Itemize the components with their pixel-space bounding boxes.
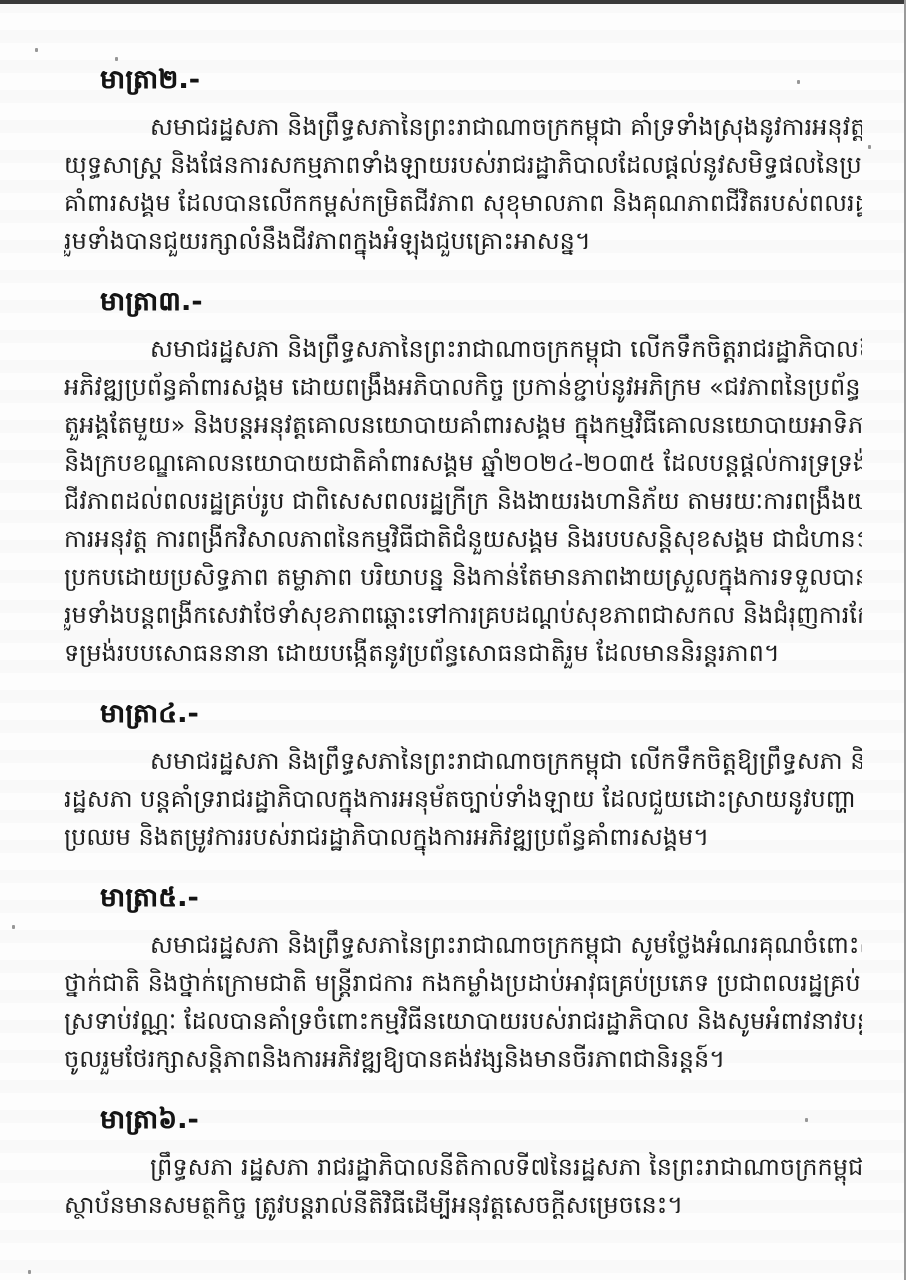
text-line: ទម្រង់របបសោធននានា ដោយបង្កើតនូវប្រព័ន្ធសោ…: [64, 634, 862, 672]
text-line: សមាជរដ្ឋសភា និងព្រឹទ្ធសភានៃព្រះរាជាណាចក្…: [64, 330, 862, 368]
text-line: សមាជរដ្ឋសភា និងព្រឹទ្ធសភានៃព្រះរាជាណាចក្…: [64, 108, 862, 146]
scan-speck: [868, 145, 871, 149]
article-section: មាត្រា៤.- សមាជរដ្ឋសភា និងព្រឹទ្ធសភានៃព្រ…: [64, 694, 862, 856]
text-line: សមាជរដ្ឋសភា និងព្រឹទ្ធសភានៃព្រះរាជាណាចក្…: [64, 926, 862, 964]
text-line: ស្ថាប័នមានសមត្ថកិច្ច ត្រូវបន្តរាល់នីតិវិ…: [64, 1186, 862, 1224]
article-heading: មាត្រា៦.-: [100, 1100, 862, 1140]
text-line: យុទ្ធសាស្ត្រ និងផែនការសកម្មភាពទាំងឡាយរបស…: [64, 146, 862, 184]
article-paragraph: សមាជរដ្ឋសភា និងព្រឹទ្ធសភានៃព្រះរាជាណាចក្…: [64, 926, 862, 1078]
scan-top-edge-line: [0, 0, 906, 4]
text-line: ចូលរួមថែរក្សាសន្តិភាពនិងការអភិវឌ្ឍឱ្យបាន…: [64, 1040, 862, 1078]
text-line: ជីវភាពដល់ពលរដ្ឋគ្រប់រូប ជាពិសេសពលរដ្ឋក្រ…: [64, 482, 862, 520]
text-line: រួមទាំងបន្តពង្រីកសេវាថែទាំសុខភាពឆ្ពោះទៅក…: [64, 596, 862, 634]
article-heading: មាត្រា៣.-: [100, 282, 862, 322]
article-paragraph: សមាជរដ្ឋសភា និងព្រឹទ្ធសភានៃព្រះរាជាណាចក្…: [64, 108, 862, 260]
text-line: គាំពារសង្គម ដែលបានលើកកម្ពស់កម្រិតជីវភាព …: [64, 184, 862, 222]
text-line: ថ្នាក់ជាតិ និងថ្នាក់ក្រោមជាតិ មន្ត្រីរាជ…: [64, 964, 862, 1002]
article-heading: មាត្រា៤.-: [100, 694, 862, 734]
scan-speck: [12, 925, 15, 929]
text-line: និងក្របខណ្ឌគោលនយោបាយជាតិគាំពារសង្គម ឆ្នា…: [64, 444, 862, 482]
text-line: អភិវឌ្ឍប្រព័ន្ធគាំពារសង្គម ដោយពង្រឹងអភិប…: [64, 368, 862, 406]
scanned-page: មាត្រា២.- សមាជរដ្ឋសភា និងព្រឹទ្ធសភានៃព្រ…: [0, 0, 906, 1280]
scan-speck: [35, 48, 38, 52]
article-paragraph: ព្រឹទ្ធសភា រដ្ឋសភា រាជរដ្ឋាភិបាលនីតិកាលទ…: [64, 1148, 862, 1224]
text-line: ប្រកបដោយប្រសិទ្ធភាព តម្លាភាព បរិយាបន្ន ន…: [64, 558, 862, 596]
article-section: មាត្រា៦.- ព្រឹទ្ធសភា រដ្ឋសភា រាជរដ្ឋាភិប…: [64, 1100, 862, 1224]
article-heading: មាត្រា២.-: [100, 60, 862, 100]
article-section: មាត្រា២.- សមាជរដ្ឋសភា និងព្រឹទ្ធសភានៃព្រ…: [64, 60, 862, 260]
text-line: រដ្ឋសភា បន្តគាំទ្ររាជរដ្ឋាភិបាលក្នុងការអ…: [64, 780, 862, 818]
scan-speck: [805, 1118, 808, 1122]
article-heading: មាត្រា៥.-: [100, 878, 862, 918]
article-paragraph: សមាជរដ្ឋសភា និងព្រឹទ្ធសភានៃព្រះរាជាណាចក្…: [64, 330, 862, 672]
scan-speck: [797, 80, 800, 84]
article-paragraph: សមាជរដ្ឋសភា និងព្រឹទ្ធសភានៃព្រះរាជាណាចក្…: [64, 742, 862, 856]
text-line: ប្រឈម និងតម្រូវការរបស់រាជរដ្ឋាភិបាលក្នុង…: [64, 818, 862, 856]
text-line: ស្រទាប់វណ្ណៈ ដែលបានគាំទ្រចំពោះកម្មវិធីនយ…: [64, 1002, 862, 1040]
text-line: តួអង្គតែមួយ» និងបន្តអនុវត្តគោលនយោបាយគាំព…: [64, 406, 862, 444]
article-section: មាត្រា៥.- សមាជរដ្ឋសភា និងព្រឹទ្ធសភានៃព្រ…: [64, 878, 862, 1078]
article-section: មាត្រា៣.- សមាជរដ្ឋសភា និងព្រឹទ្ធសភានៃព្រ…: [64, 282, 862, 672]
text-line: ព្រឹទ្ធសភា រដ្ឋសភា រាជរដ្ឋាភិបាលនីតិកាលទ…: [64, 1148, 862, 1186]
text-line: រួមទាំងបានជួយរក្សាលំនឹងជីវភាពក្នុងអំឡុងជ…: [64, 222, 862, 260]
document-body: មាត្រា២.- សមាជរដ្ឋសភា និងព្រឹទ្ធសភានៃព្រ…: [64, 60, 862, 1224]
scan-speck: [115, 57, 118, 61]
scan-speck: [28, 1270, 31, 1274]
text-line: សមាជរដ្ឋសភា និងព្រឹទ្ធសភានៃព្រះរាជាណាចក្…: [64, 742, 862, 780]
text-line: ការអនុវត្ត ការពង្រីកវិសាលភាពនៃកម្មវិធីជា…: [64, 520, 862, 558]
